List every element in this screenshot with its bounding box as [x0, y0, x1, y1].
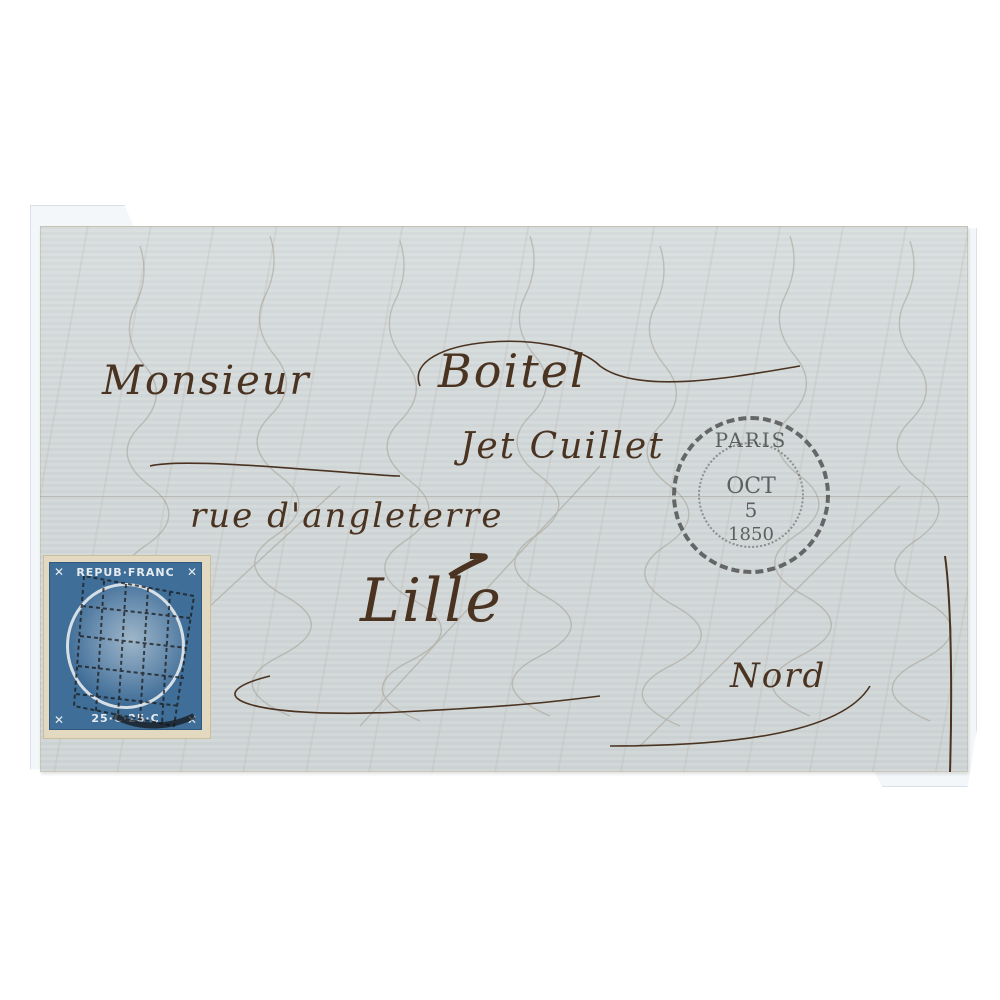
address-line-1: Jet Cuillet [460, 426, 665, 467]
address-department: Nord [730, 656, 826, 696]
address-city: Lille [360, 566, 503, 636]
postmark-city: PARIS [676, 428, 826, 452]
address-street: rue d'angleterre [190, 496, 504, 536]
postmark-year: 1850 [676, 524, 826, 545]
postmark-month: OCT [676, 474, 826, 499]
address-salutation: Monsieur [102, 358, 311, 404]
postage-stamp: ✕ ✕ ✕ ✕ REPUB·FRANC 25·C·25·C [44, 556, 210, 738]
paris-postmark: PARIS OCT 5 1850 [672, 416, 830, 574]
grid-cancellation [44, 556, 210, 738]
address-recipient-name: Boitel [438, 344, 587, 398]
folded-letter: Monsieur Boitel Jet Cuillet rue d'anglet… [40, 226, 968, 772]
postmark-day: 5 [676, 498, 826, 522]
